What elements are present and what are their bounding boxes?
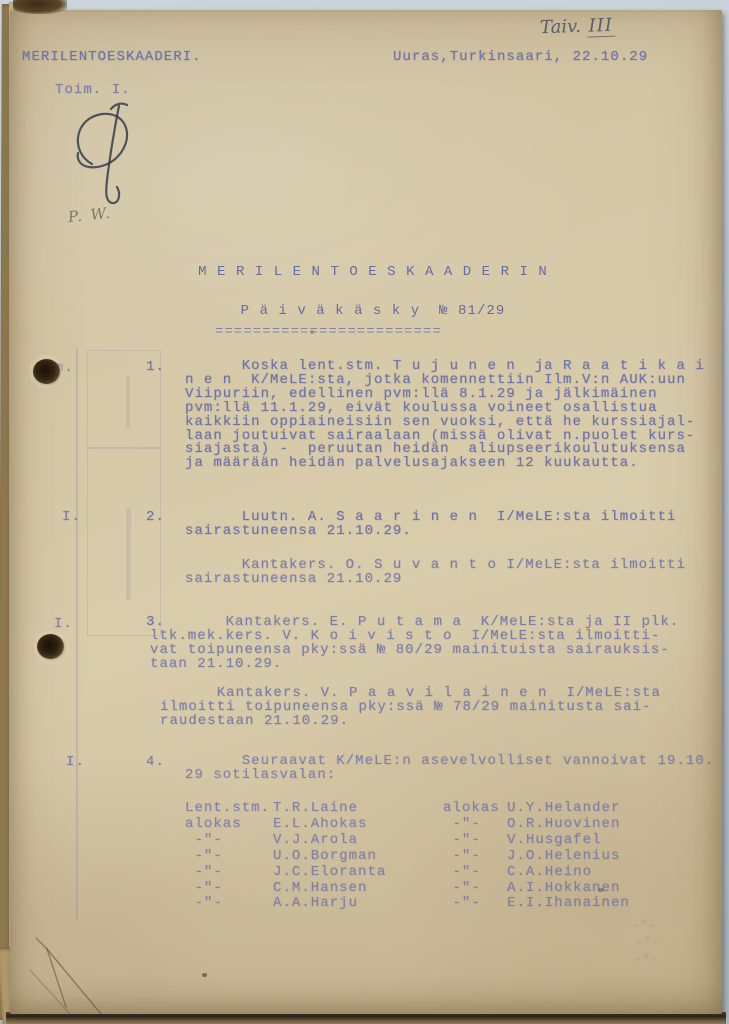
fold-crease (10, 10, 722, 1014)
stain (310, 330, 314, 334)
stain (202, 973, 207, 977)
stain (13, 0, 67, 14)
stain (598, 888, 604, 892)
document-page: -"- -"- -"- MERILENTOESKAADERI. Uuras,Tu… (10, 10, 722, 1014)
scanned-document-scene: -"- -"- -"- MERILENTOESKAADERI. Uuras,Tu… (0, 0, 729, 1024)
